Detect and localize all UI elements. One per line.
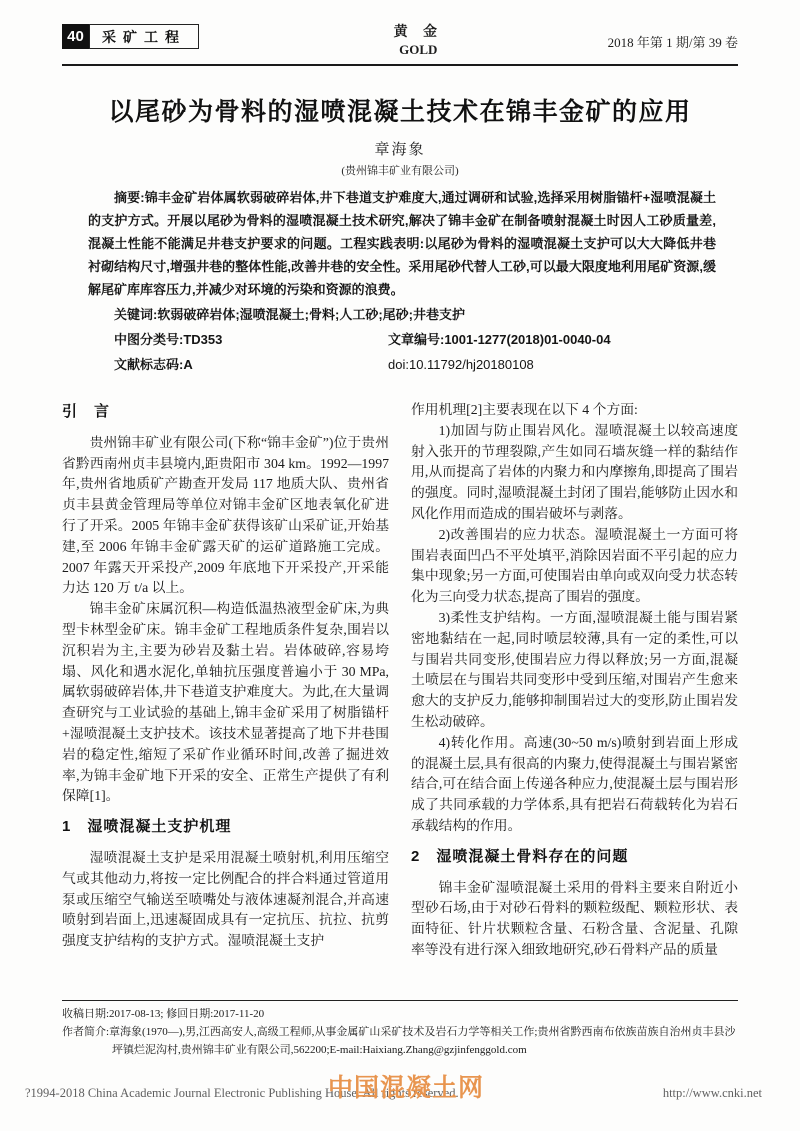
author-bio-text: 章海象(1970—),男,江西高安人,高级工程师,从事金属矿山采矿技术及岩石力学…: [109, 1026, 735, 1056]
section-1-heading: 1 湿喷混凝土支护机理: [62, 817, 389, 838]
footnote-block: 收稿日期:2017-08-13; 修回日期:2017-11-20 作者简介:章海…: [62, 1000, 738, 1059]
header-divider: [62, 64, 738, 66]
mechanism-item-3: 3)柔性支护结构。一方面,湿喷混凝土能与围岩紧密地黏结在一起,同时喷层较薄,具有…: [411, 608, 738, 733]
section-1-paragraph: 湿喷混凝土支护是采用混凝土喷射机,利用压缩空气或其他动力,将按一定比例配合的拌合…: [62, 848, 389, 952]
abstract-block: 摘要:锦丰金矿岩体属软弱破碎岩体,井下巷道支护难度大,通过调研和试验,选择采用树…: [88, 186, 716, 376]
journal-page: 40 采矿工程 黄 金 GOLD 2018 年第 1 期/第 39 卷 以尾砂为…: [0, 0, 800, 1131]
section-label: 采矿工程: [89, 24, 199, 49]
keywords-line: 关键词:软弱破碎岩体;湿喷混凝土;骨料;人工砂;尾砂;井巷支护: [88, 303, 716, 326]
cnki-url: http://www.cnki.net: [663, 1086, 762, 1101]
right-column: 作用机理[2]主要表现在以下 4 个方面: 1)加固与防止围岩风化。湿喷混凝土以…: [411, 400, 738, 988]
abstract-text: 摘要:锦丰金矿岩体属软弱破碎岩体,井下巷道支护难度大,通过调研和试验,选择采用树…: [88, 186, 716, 301]
intro-paragraph-1: 贵州锦丰矿业有限公司(下称“锦丰金矿”)位于贵州省黔西南州贞丰县境内,距贵阳市 …: [62, 433, 389, 599]
journal-name-block: 黄 金 GOLD: [394, 24, 444, 58]
watermark-text: 中国混凝土网: [328, 1068, 484, 1104]
received-dates: 收稿日期:2017-08-13; 修回日期:2017-11-20: [62, 1005, 738, 1023]
mechanism-item-1: 1)加固与防止围岩风化。湿喷混凝土以较高速度射入张开的节理裂隙,产生如同石墙灰缝…: [411, 421, 738, 525]
mechanism-item-4: 4)转化作用。高速(30~50 m/s)喷射到岩面上形成的混凝土层,具有很高的内…: [411, 733, 738, 837]
doc-code: 文献标志码:A: [88, 353, 388, 376]
article-title: 以尾砂为骨料的湿喷混凝土技术在锦丰金矿的应用: [62, 92, 738, 128]
section-1-continuation: 作用机理[2]主要表现在以下 4 个方面:: [411, 400, 738, 421]
issue-info: 2018 年第 1 期/第 39 卷: [608, 24, 738, 51]
page-header: 40 采矿工程 黄 金 GOLD 2018 年第 1 期/第 39 卷: [62, 24, 738, 60]
mechanism-item-2: 2)改善围岩的应力状态。湿喷混凝土一方面可将围岩表面凹凸不平处填平,消除因岩面不…: [411, 525, 738, 608]
author-name: 章海象: [0, 138, 800, 159]
section-2-heading: 2 湿喷混凝土骨料存在的问题: [411, 847, 738, 868]
author-affiliation: (贵州锦丰矿业有限公司): [0, 162, 800, 178]
doi-line: doi:10.11792/hj20180108: [388, 353, 716, 376]
intro-paragraph-2: 锦丰金矿床属沉积—构造低温热液型金矿床,为典型卡林型金矿床。锦丰金矿工程地质条件…: [62, 599, 389, 807]
header-left-badge: 40 采矿工程: [62, 24, 199, 49]
page-number: 40: [62, 24, 89, 49]
intro-heading: 引 言: [62, 402, 389, 423]
left-column: 引 言 贵州锦丰矿业有限公司(下称“锦丰金矿”)位于贵州省黔西南州贞丰县境内,距…: [62, 400, 389, 988]
author-bio: 作者简介:章海象(1970—),男,江西高安人,高级工程师,从事金属矿山采矿技术…: [62, 1023, 738, 1059]
journal-name-en: GOLD: [394, 42, 444, 58]
journal-name-cn: 黄 金: [394, 24, 444, 42]
body-columns: 引 言 贵州锦丰矿业有限公司(下称“锦丰金矿”)位于贵州省黔西南州贞丰县境内,距…: [62, 400, 738, 988]
meta-row-1: 中图分类号:TD353 文章编号:1001-1277(2018)01-0040-…: [88, 328, 716, 351]
author-bio-label: 作者简介:: [62, 1026, 109, 1038]
clc-number: 中图分类号:TD353: [88, 328, 388, 351]
section-2-paragraph: 锦丰金矿湿喷混凝土采用的骨料主要来自附近小型砂石场,由于对砂石骨料的颗粒级配、颗…: [411, 878, 738, 961]
meta-row-2: 文献标志码:A doi:10.11792/hj20180108: [88, 353, 716, 376]
article-number: 文章编号:1001-1277(2018)01-0040-04: [388, 328, 716, 351]
